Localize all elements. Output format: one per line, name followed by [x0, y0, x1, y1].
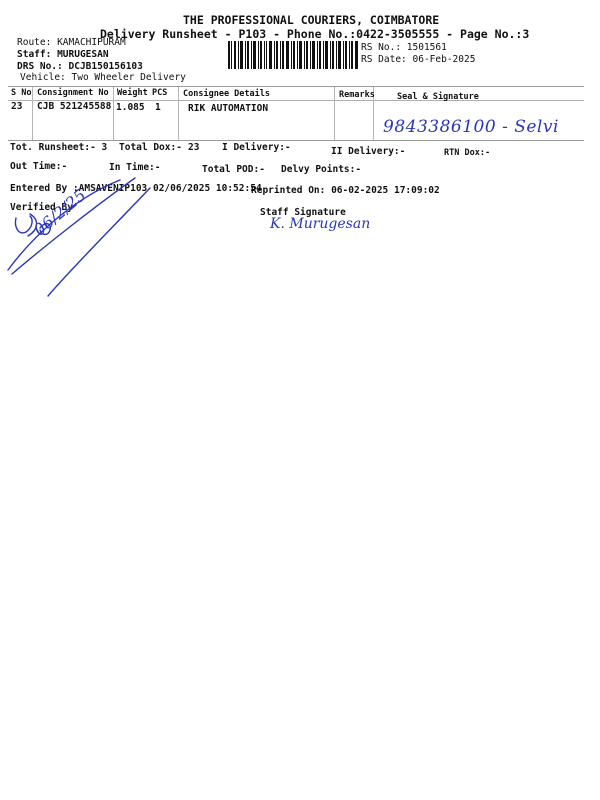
- reprinted-on: Reprinted On: 06-02-2025 17:09:02: [251, 185, 440, 196]
- cell-s-no: 23: [11, 101, 22, 112]
- handwritten-receiver-signature: 9843386100 - Selvi: [383, 117, 559, 137]
- rs-date-row: RS Date: 06-Feb-2025: [361, 54, 475, 65]
- total-dox-label: Total Dox:-: [119, 142, 182, 153]
- route-row: Route: KAMACHIPURAM: [17, 37, 126, 48]
- rtn-dox: RTN Dox:-: [444, 148, 490, 158]
- cell-consignee: RIK AUTOMATION: [188, 103, 268, 114]
- rs-date-label: RS Date:: [361, 54, 407, 65]
- runsheet-title: Delivery Runsheet - P103 - Phone No.:042…: [100, 27, 529, 41]
- table-bottom-border: [8, 140, 584, 141]
- handwritten-staff-signature: K. Murugesan: [270, 216, 370, 232]
- table-top-border: [8, 86, 584, 87]
- drs-label: DRS No.:: [17, 61, 63, 72]
- col-header-pcs: PCS: [152, 88, 167, 98]
- cell-weight: 1.085: [116, 102, 145, 113]
- delvy-points: Delvy Points:-: [281, 164, 361, 175]
- col-divider: [334, 87, 335, 140]
- col-header-consignee: Consignee Details: [183, 89, 270, 99]
- col-header-s-no: S No: [11, 88, 31, 98]
- col-header-consignment-no: Consignment No: [37, 88, 109, 98]
- drs-row: DRS No.: DCJB150156103: [17, 61, 143, 72]
- vehicle-label: Vehicle:: [20, 72, 66, 83]
- total-dox-value: 23: [188, 142, 199, 153]
- rs-date-value: 06-Feb-2025: [413, 54, 476, 65]
- col-header-remarks: Remarks: [339, 90, 375, 100]
- rs-no-row: RS No.: 1501561: [361, 42, 447, 53]
- col-header-weight: Weight: [117, 88, 148, 98]
- company-name: THE PROFESSIONAL COURIERS, COIMBATORE: [183, 13, 439, 27]
- vehicle-row: Vehicle: Two Wheeler Delivery: [20, 72, 186, 83]
- staff-value: MURUGESAN: [57, 49, 108, 60]
- vehicle-value: Two Wheeler Delivery: [72, 72, 186, 83]
- staff-row: Staff: MURUGESAN: [17, 49, 109, 60]
- route-label: Route:: [17, 37, 51, 48]
- rs-no-label: RS No.:: [361, 42, 401, 53]
- staff-label: Staff:: [17, 49, 51, 60]
- cell-consignment-no: CJB 521245588: [37, 101, 111, 112]
- barcode-image: [228, 41, 358, 69]
- total-pod: Total POD:-: [202, 164, 265, 175]
- col-divider: [113, 87, 114, 140]
- route-value: KAMACHIPURAM: [57, 37, 126, 48]
- rs-no-value: 1501561: [407, 42, 447, 53]
- col-divider: [178, 87, 179, 140]
- drs-value: DCJB150156103: [69, 61, 143, 72]
- i-delivery: I Delivery:-: [222, 142, 291, 153]
- ii-delivery: II Delivery:-: [331, 146, 405, 157]
- tot-runsheet: Tot. Runsheet:- 3: [10, 142, 107, 153]
- cell-pcs: 1: [155, 102, 161, 113]
- col-header-seal-signature: Seal & Signature: [397, 92, 479, 102]
- col-divider: [32, 87, 33, 140]
